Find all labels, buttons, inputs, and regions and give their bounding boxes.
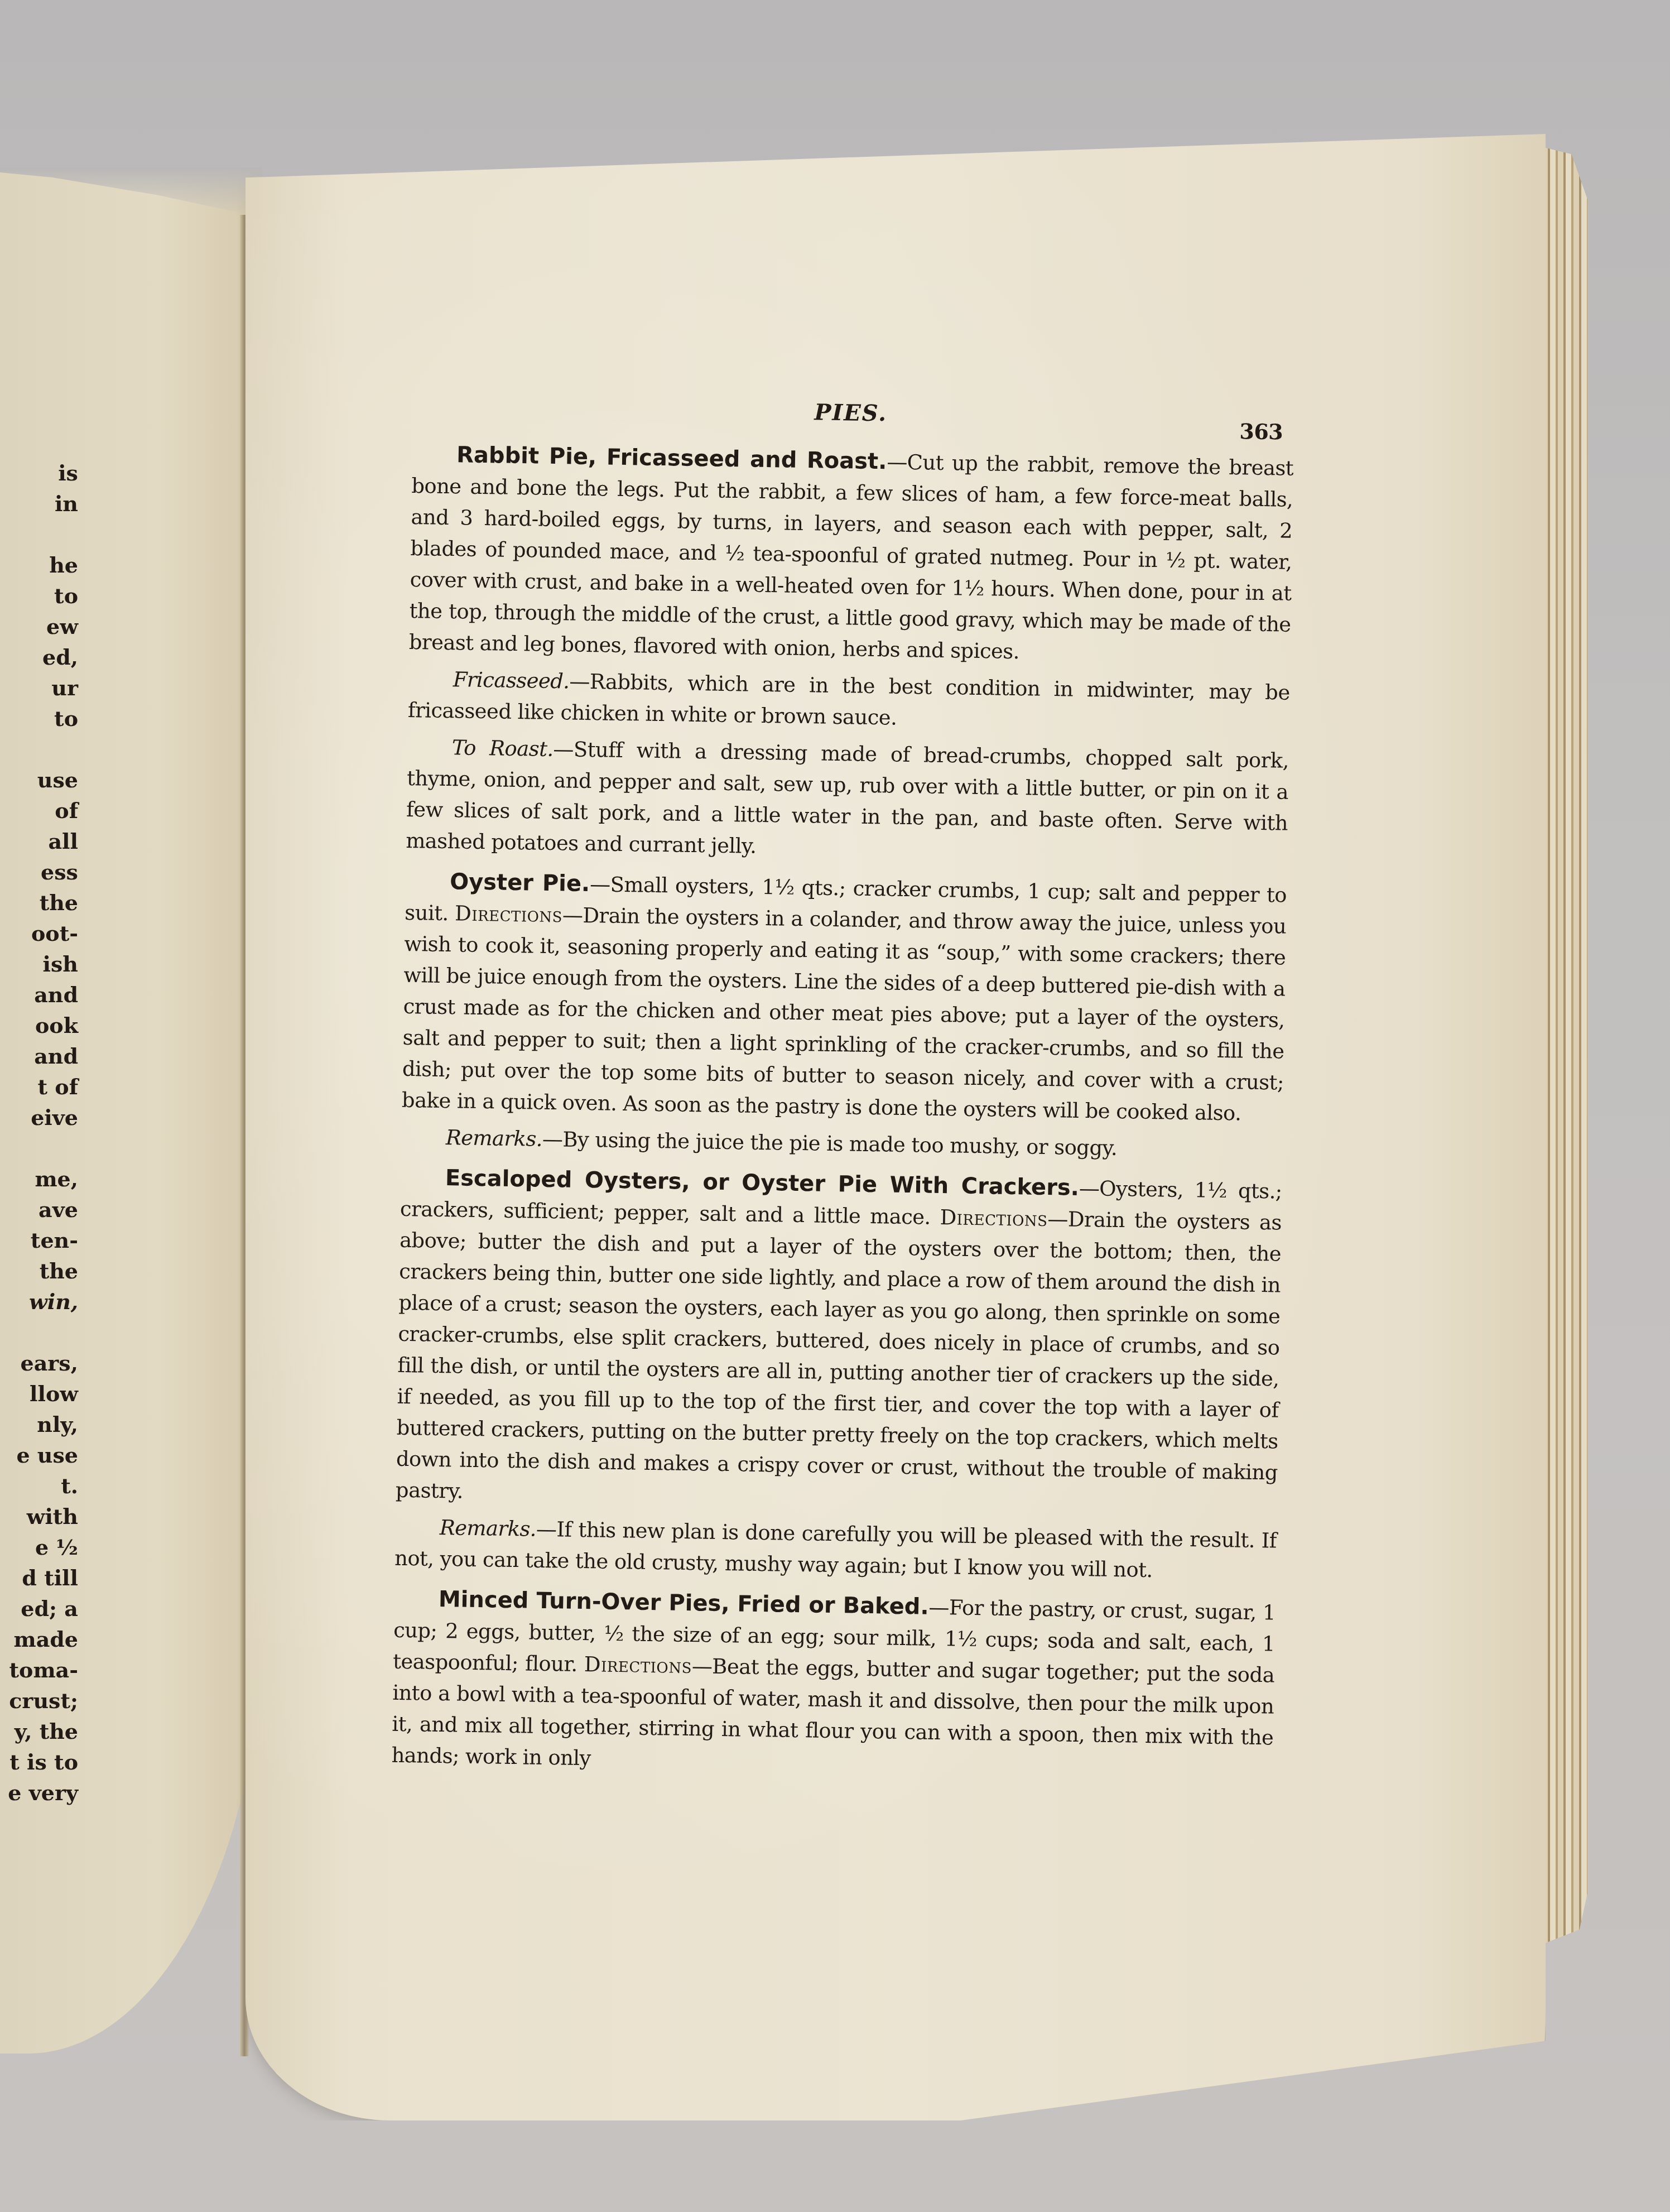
- recipe-directions: —Drain the oysters as above; butter the …: [396, 1207, 1282, 1503]
- subsection-to-roast: To Roast.—Stuff with a dressing made of …: [406, 732, 1289, 871]
- left-page-fragment: to: [0, 703, 78, 734]
- left-page-fragment: t is to: [0, 1747, 78, 1777]
- left-page-fragment: e ½: [0, 1532, 78, 1562]
- left-page-fragment: me,: [0, 1163, 78, 1194]
- page-number: 363: [1239, 416, 1283, 448]
- left-page-fragment: e very: [0, 1777, 78, 1808]
- left-page-fragment: ish: [0, 949, 78, 979]
- recipe-paragraph: Minced Turn-Over Pies, Fried or Baked.—F…: [391, 1583, 1276, 1785]
- recipe-paragraph: Oyster Pie.—Small oysters, 1½ qts.; crac…: [402, 865, 1287, 1130]
- left-page-fragment: ur: [0, 672, 78, 703]
- left-page-fragment: the: [0, 1256, 78, 1286]
- left-page: isinhetoewed,urtouseofallesstheoot-ishan…: [0, 167, 262, 2054]
- remarks-label: Remarks.: [440, 1516, 537, 1541]
- left-page-fragment: the: [0, 887, 78, 918]
- directions-label: Directions: [584, 1652, 692, 1678]
- left-page-fragment: in: [0, 488, 78, 519]
- recipe-remarks: Remarks.—By using the juice the pie is m…: [401, 1122, 1283, 1167]
- left-page-fragment: ook: [0, 1010, 78, 1041]
- directions-label: Directions: [455, 901, 563, 927]
- recipe-oyster-pie: Oyster Pie.—Small oysters, 1½ qts.; crac…: [401, 865, 1287, 1167]
- recipe-body: —Cut up the rabbit, remove the breast bo…: [409, 450, 1294, 663]
- recipe-rabbit-pie: Rabbit Pie, Fricasseed and Roast.—Cut up…: [406, 439, 1294, 871]
- left-page-fragment: win,: [0, 1286, 78, 1317]
- left-page-fragment: is: [0, 458, 78, 488]
- running-title: PIES.: [814, 397, 888, 429]
- recipe-title: Oyster Pie.: [450, 869, 590, 897]
- left-page-fragment: d till: [0, 1562, 78, 1593]
- recipe-paragraph: Rabbit Pie, Fricasseed and Roast.—Cut up…: [408, 439, 1293, 672]
- page-text-block: PIES. 363 Rabbit Pie, Fricasseed and Roa…: [391, 391, 1294, 1794]
- left-page-fragment: t.: [0, 1470, 78, 1501]
- left-page-fragment: crust;: [0, 1685, 78, 1716]
- recipe-title: Minced Turn-Over Pies, Fried or Baked.: [439, 1586, 929, 1620]
- left-page-fragment: ten-: [0, 1225, 78, 1256]
- left-page-fragment: llow: [0, 1378, 78, 1409]
- recipe-escaloped-oysters: Escaloped Oysters, or Oyster Pie With Cr…: [394, 1162, 1282, 1588]
- directions-label: Directions: [940, 1205, 1048, 1231]
- left-page-fragment: [0, 734, 78, 764]
- left-page-fragment: and: [0, 1041, 78, 1071]
- left-page-fragment: [0, 519, 78, 550]
- recipe-title: Rabbit Pie, Fricasseed and Roast.: [456, 442, 887, 474]
- left-page-fragment: eive: [0, 1102, 78, 1133]
- left-page-fragment: nly,: [0, 1409, 78, 1440]
- subsection-fricasseed: Fricasseed.—Rabbits, which are in the be…: [408, 663, 1291, 740]
- recipe-paragraph: Escaloped Oysters, or Oyster Pie With Cr…: [396, 1162, 1282, 1520]
- subsection-label: Fricasseed.: [453, 667, 570, 693]
- recipe-minced-turnover-pies: Minced Turn-Over Pies, Fried or Baked.—F…: [391, 1583, 1276, 1785]
- left-page-fragment: made: [0, 1624, 78, 1655]
- recipe-remarks: Remarks.—If this new plan is done carefu…: [394, 1512, 1277, 1588]
- recipe-title: Escaloped Oysters, or Oyster Pie With Cr…: [445, 1165, 1079, 1201]
- left-page-fragment: [0, 1317, 78, 1348]
- left-page-fragment: with: [0, 1501, 78, 1532]
- left-page-fragment: t of: [0, 1071, 78, 1102]
- left-page-fragment: to: [0, 580, 78, 611]
- left-page-fragment: oot-: [0, 918, 78, 949]
- left-page-text-fragments: isinhetoewed,urtouseofallesstheoot-ishan…: [0, 458, 78, 1808]
- left-page-fragment: use: [0, 764, 78, 795]
- left-page-fragment: of: [0, 795, 78, 826]
- left-page-fragment: all: [0, 826, 78, 857]
- left-page-fragment: e use: [0, 1440, 78, 1470]
- left-page-fragment: [0, 1133, 78, 1163]
- left-page-fragment: ew: [0, 611, 78, 642]
- subsection-label: To Roast.: [452, 735, 554, 761]
- remarks-label: Remarks.: [446, 1126, 543, 1151]
- left-page-fragment: ears,: [0, 1348, 78, 1378]
- left-page-fragment: and: [0, 979, 78, 1010]
- left-page-fragment: ess: [0, 857, 78, 887]
- left-page-fragment: ed,: [0, 642, 78, 672]
- left-page-fragment: y, the: [0, 1716, 78, 1747]
- left-page-fragment: he: [0, 550, 78, 580]
- left-page-fragment: ave: [0, 1194, 78, 1225]
- left-page-fragment: toma-: [0, 1655, 78, 1685]
- remarks-text: —By using the juice the pie is made too …: [542, 1127, 1118, 1160]
- recipe-directions: —Drain the oysters in a colander, and th…: [402, 903, 1287, 1125]
- left-page-fragment: ed; a: [0, 1593, 78, 1624]
